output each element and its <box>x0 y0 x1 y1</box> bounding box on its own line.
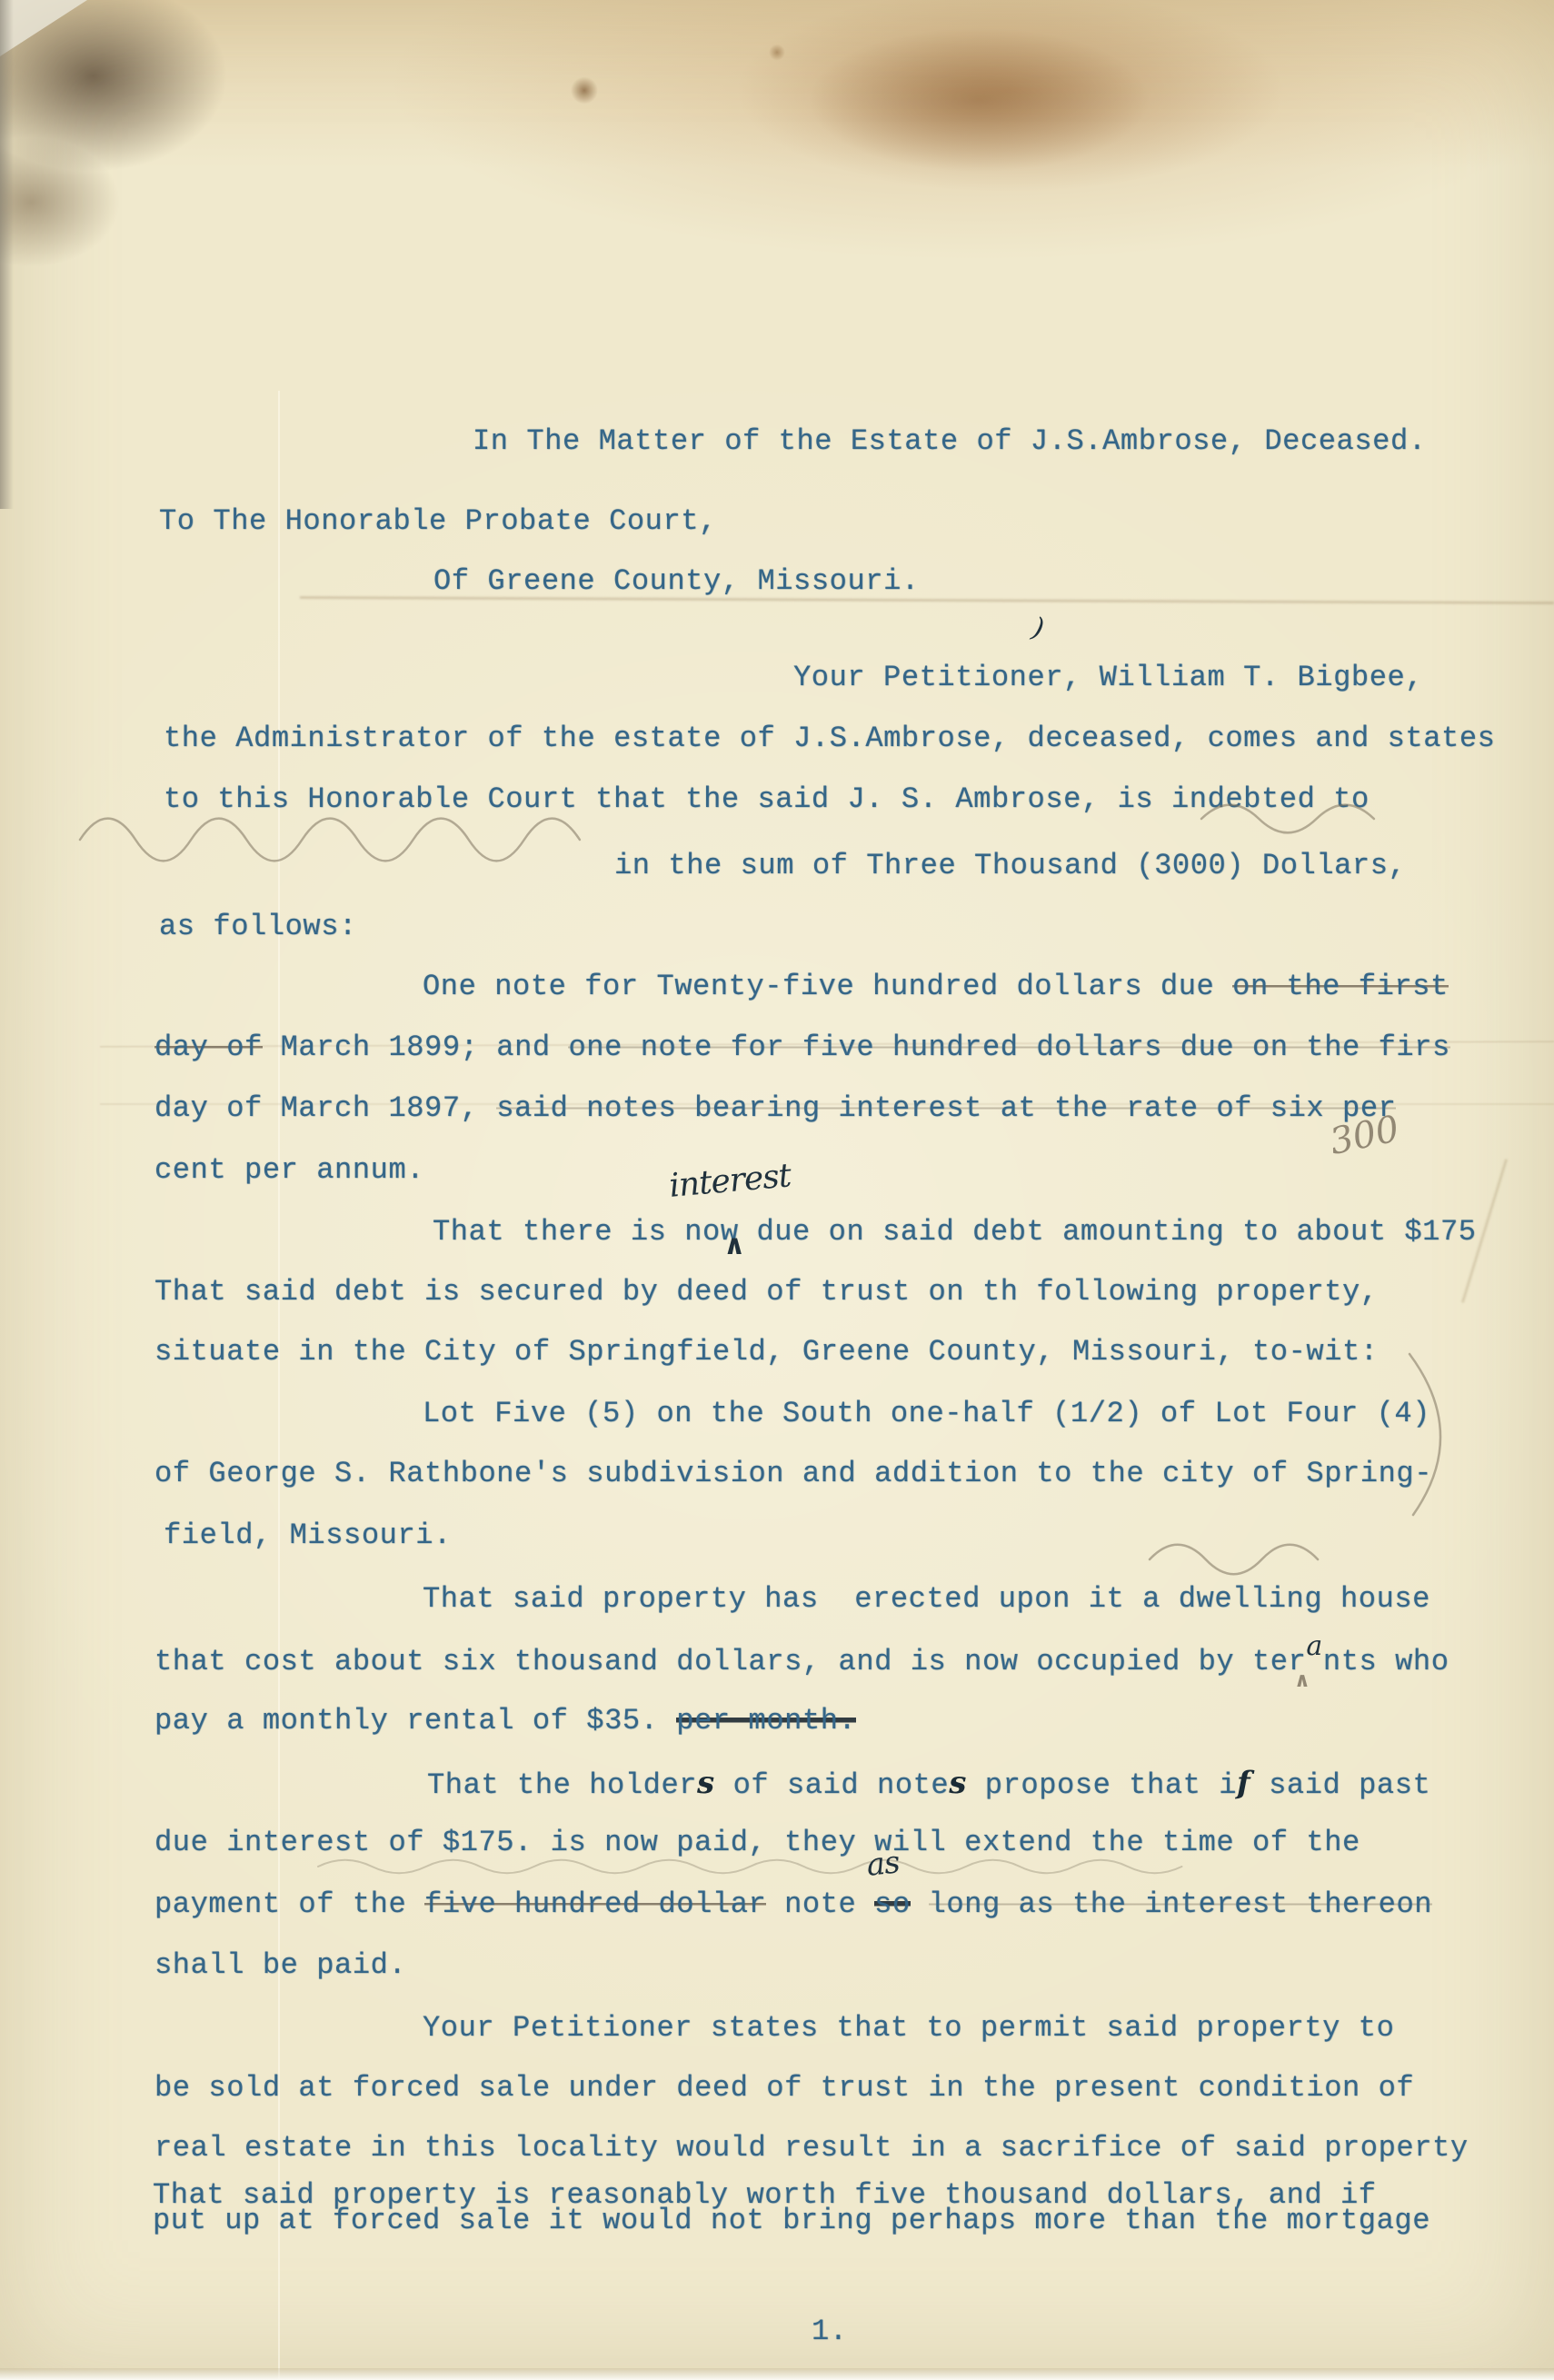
pencil-bracket-lot-description <box>1404 1350 1469 1519</box>
body-line: put up at forced sale it would not bring… <box>153 2205 1430 2237</box>
body-line: of George S. Rathbone's subdivision and … <box>154 1458 1432 1490</box>
ink-insertion-interest: interest <box>668 1160 792 1203</box>
body-line: Your Petitioner states that to permit sa… <box>423 2012 1394 2045</box>
body-line: pay a monthly rental of $35. per month. <box>154 1705 856 1738</box>
page-number: 1. <box>812 2315 848 2348</box>
body-line: in the sum of Three Thousand (3000) Doll… <box>614 850 1406 882</box>
body-line: cent per annum. <box>154 1154 424 1187</box>
pencil-scribble-above-sum <box>1201 803 1374 834</box>
torn-corner <box>0 0 87 56</box>
body-line: as follows: <box>159 911 357 943</box>
body-line: That there is now due on said debt amoun… <box>433 1216 1477 1249</box>
body-line: payment of the five hundred dollar note … <box>154 1888 1432 1921</box>
body-line: day of March 1897, said notes bearing in… <box>154 1092 1396 1125</box>
body-line: That said debt is secured by deed of tru… <box>154 1276 1379 1309</box>
pencil-caret-tenants: ∧ <box>1294 1670 1310 1690</box>
body-line: be sold at forced sale under deed of tru… <box>154 2072 1414 2105</box>
caption-line: In The Matter of the Estate of J.S.Ambro… <box>473 425 1427 458</box>
body-line: shall be paid. <box>154 1949 406 1982</box>
body-line: One note for Twenty-five hundred dollars… <box>423 971 1449 1003</box>
left-edge-shadow <box>0 0 14 509</box>
ink-insertion-as: as <box>865 1847 901 1881</box>
bottom-page-edge <box>0 2368 1554 2380</box>
body-line: the Administrator of the estate of J.S.A… <box>164 722 1495 755</box>
body-line: That said property has erected upon it a… <box>423 1583 1430 1616</box>
body-line: that cost about six thousand dollars, an… <box>154 1645 1449 1678</box>
salutation-line-2: Of Greene County, Missouri. <box>433 565 920 598</box>
body-line: field, Missouri. <box>164 1519 452 1552</box>
ink-tick-mark: ) <box>1030 614 1046 643</box>
pencil-scribble-between-lines <box>318 1859 1181 1874</box>
scanned-document-page: In The Matter of the Estate of J.S.Ambro… <box>0 0 1554 2380</box>
body-line: situate in the City of Springfield, Gree… <box>154 1336 1379 1369</box>
body-line: Lot Five (5) on the South one-half (1/2)… <box>423 1398 1430 1430</box>
ink-insertion-caret: ∧ <box>723 1232 745 1260</box>
body-line: That the holders of said notes propose t… <box>427 1767 1430 1802</box>
pencil-scribble-left-margin <box>80 816 580 863</box>
body-line: Your Petitioner, William T. Bigbee, <box>793 662 1423 694</box>
body-line: day of March 1899; and one note for five… <box>154 1031 1450 1064</box>
body-line: to this Honorable Court that the said J.… <box>164 783 1370 816</box>
body-line: due interest of $175. is now paid, they … <box>154 1827 1360 1859</box>
pencil-scribble-above-dwelling <box>1150 1543 1318 1576</box>
salutation-line-1: To The Honorable Probate Court, <box>159 505 717 538</box>
body-line: real estate in this locality would resul… <box>154 2132 1469 2165</box>
